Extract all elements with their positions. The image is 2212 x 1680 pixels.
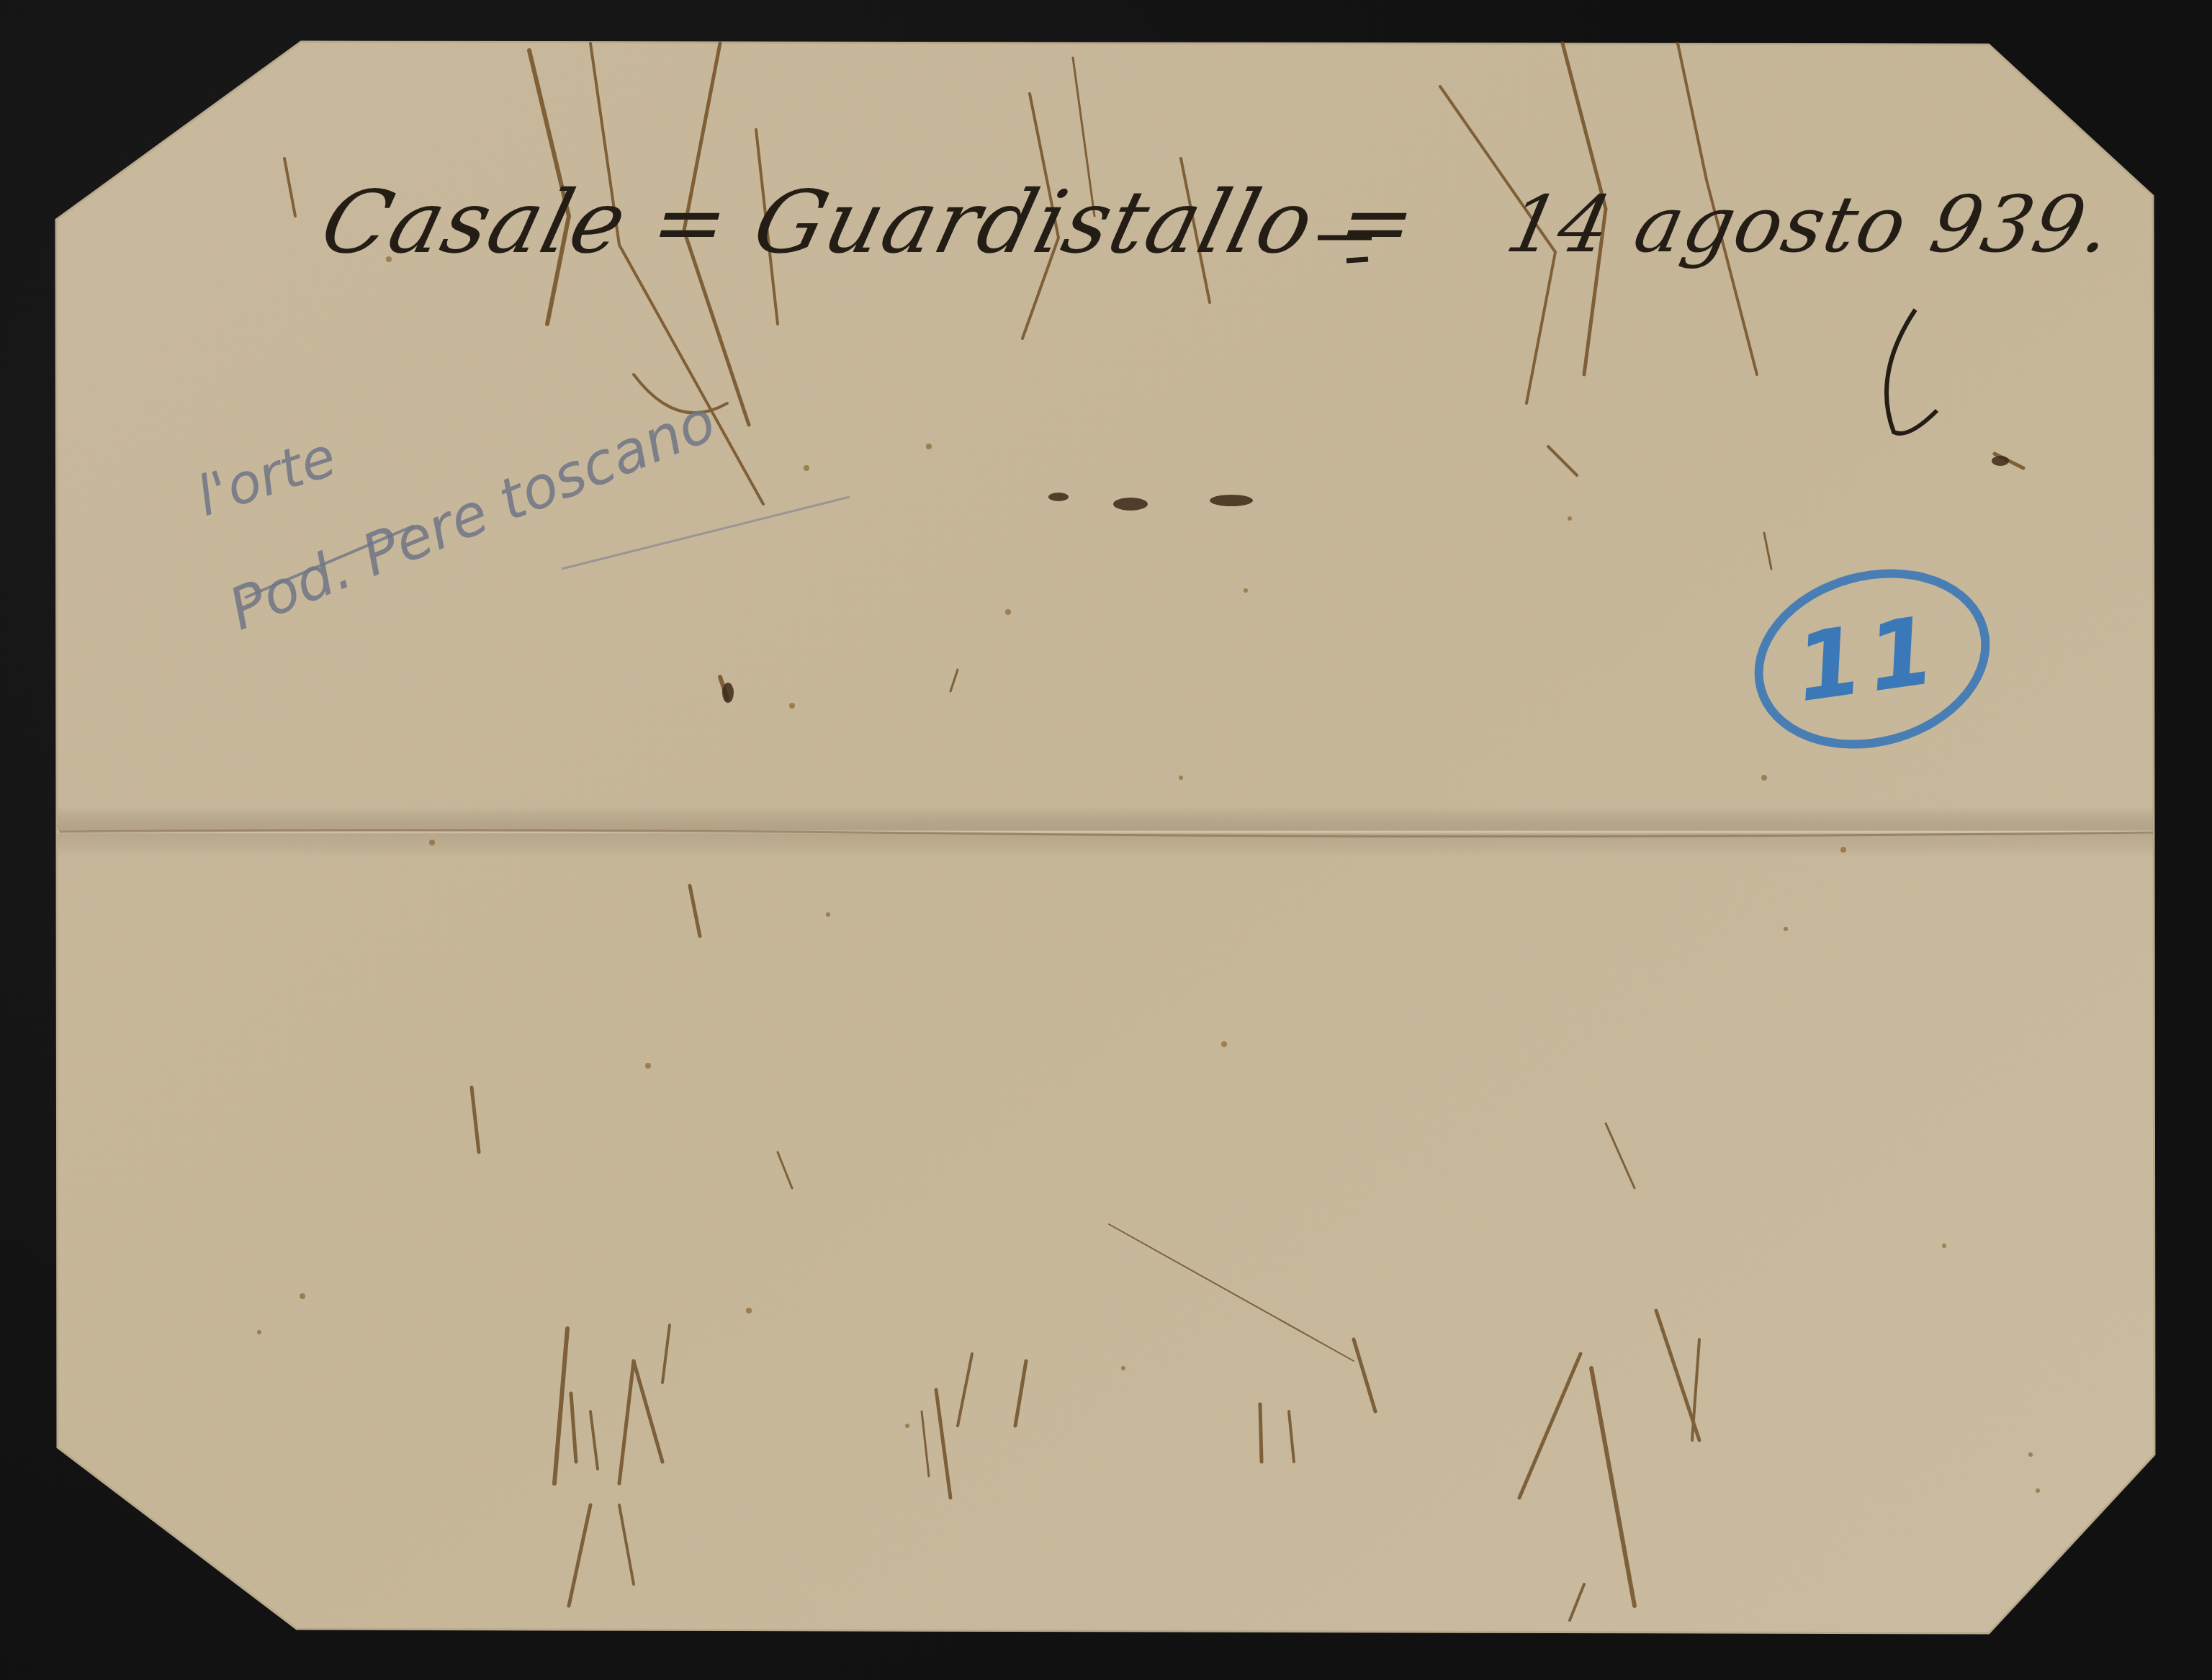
fold-crease (58, 807, 2153, 857)
paper-sheet (0, 0, 2212, 1680)
